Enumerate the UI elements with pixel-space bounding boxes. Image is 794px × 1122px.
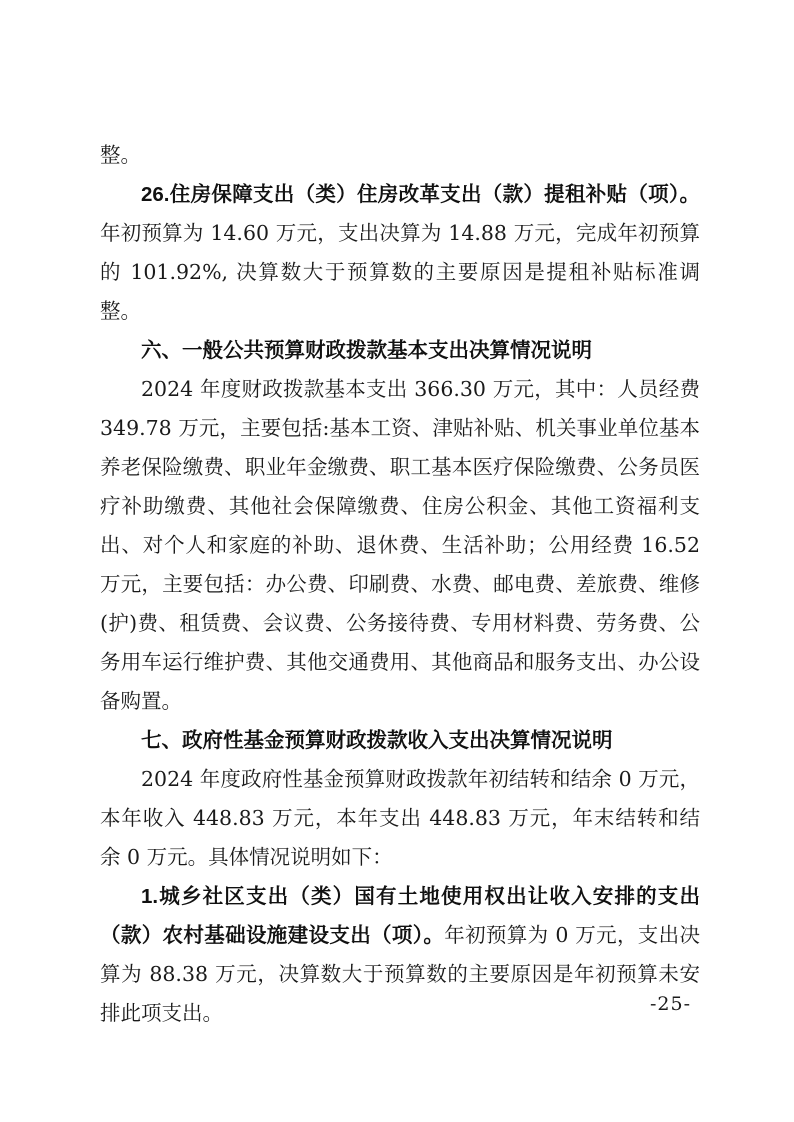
item-26-body: 年初预算为 14.60 万元，支出决算为 14.88 万元，完成年初预算的 10… (100, 221, 700, 323)
paragraph-item-26: 26.住房保障支出（类）住房改革支出（款）提租补贴（项）。年初预算为 14.60… (100, 175, 700, 331)
document-page: 整。 26.住房保障支出（类）住房改革支出（款）提租补贴（项）。年初预算为 14… (0, 0, 794, 1122)
section-6-body: 2024 年度财政拨款基本支出 366.30 万元，其中：人员经费 349.78… (100, 370, 700, 721)
section-6-heading: 六、一般公共预算财政拨款基本支出决算情况说明 (100, 331, 700, 370)
document-content: 整。 26.住房保障支出（类）住房改革支出（款）提租补贴（项）。年初预算为 14… (100, 136, 700, 1033)
item-26-heading: 26.住房保障支出（类）住房改革支出（款）提租补贴（项）。 (141, 183, 700, 206)
paragraph-item-1: 1.城乡社区支出（类）国有土地使用权出让收入安排的支出（款）农村基础设施建设支出… (100, 877, 700, 1033)
section-7-body: 2024 年度政府性基金预算财政拨款年初结转和结余 0 万元，本年收入 448.… (100, 760, 700, 877)
section-7-heading: 七、政府性基金预算财政拨款收入支出决算情况说明 (100, 721, 700, 760)
paragraph-continuation: 整。 (100, 136, 700, 175)
page-number: -25- (650, 992, 691, 1016)
